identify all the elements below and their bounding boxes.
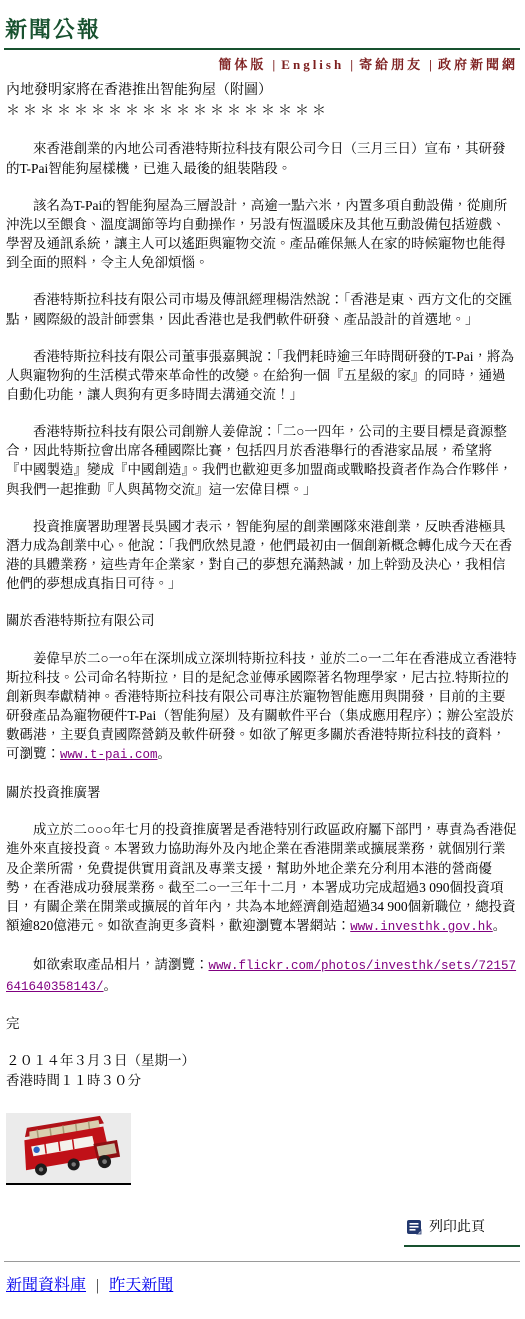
top-nav: 簡体版|English|寄給朋友|政府新聞網 <box>4 56 518 74</box>
print-row: 列印此頁 <box>4 1218 520 1247</box>
paragraph-quote-founder: 香港特斯拉科技有限公司創辦人姜偉說：「二○一四年，公司的主要目標是資源整合，因此… <box>6 422 518 499</box>
paragraph-quote-investhk: 投資推廣署助理署長吳國才表示，智能狗屋的創業團隊來港創業，反映香港極具潛力成為創… <box>6 517 518 594</box>
nav-separator: | <box>429 57 432 72</box>
photos-text: 如欲索取產品相片，請瀏覽： <box>33 957 209 972</box>
photos-text-after: 。 <box>104 978 118 993</box>
about-investhk-text: 成立於二○○○年七月的投資推廣署是香港特別行政區政府屬下部門，專責為香港促進外來… <box>6 822 516 933</box>
attachment-photo-link[interactable] <box>6 1113 131 1185</box>
nav-separator: | <box>272 57 275 72</box>
footer-link-press-archive[interactable]: 新聞資料庫 <box>6 1277 86 1294</box>
section-heading-about-tesla: 關於香港特斯拉有限公司 <box>6 611 518 630</box>
footer-divider <box>4 1261 520 1263</box>
release-date: ２０１４年３月３日（星期一） <box>6 1051 518 1071</box>
paragraph-quote-marketing-manager: 香港特斯拉科技有限公司市場及傳訊經理楊浩然說：「香港是東、西方文化的交匯點，國際… <box>6 290 518 328</box>
release-headline: 內地發明家將在香港推出智能狗屋（附圖） <box>6 81 520 101</box>
nav-link-simplified-chinese[interactable]: 簡体版 <box>218 57 266 72</box>
paragraph-product-photos: 如欲索取產品相片，請瀏覽：www.flickr.com/photos/inves… <box>6 955 518 997</box>
nav-separator: | <box>350 57 353 72</box>
footer-nav: 新聞資料庫|昨天新聞 <box>6 1275 518 1298</box>
smart-dog-house-bus-thumbnail <box>6 1113 131 1183</box>
about-investhk-text-after: 。 <box>493 918 507 933</box>
nav-link-send-to-friend[interactable]: 寄給朋友 <box>359 57 423 72</box>
about-tesla-text-after: 。 <box>158 746 172 761</box>
paragraph-announcement: 來香港創業的內地公司香港特斯拉科技有限公司今日（三月三日）宣布，其研發的T-Pa… <box>6 139 518 177</box>
paragraph-quote-director: 香港特斯拉科技有限公司董事張嘉興說：「我們耗時逾三年時間研發的T-Pai，將為人… <box>6 347 518 404</box>
print-document-icon <box>406 1219 423 1236</box>
nav-link-gov-news[interactable]: 政府新聞網 <box>438 57 518 72</box>
paragraph-about-investhk: 成立於二○○○年七月的投資推廣署是香港特別行政區政府屬下部門，專責為香港促進外來… <box>6 820 518 937</box>
footer-separator: | <box>96 1277 99 1294</box>
page-title: 新聞公報 <box>5 14 520 45</box>
print-page-label: 列印此頁 <box>429 1218 485 1238</box>
press-release-page: 新聞公報 簡体版|English|寄給朋友|政府新聞網 內地發明家將在香港推出智… <box>0 0 525 1319</box>
nav-link-english[interactable]: English <box>281 57 344 72</box>
release-datetime: ２０１４年３月３日（星期一） 香港時間１１時３０分 <box>6 1051 518 1090</box>
section-heading-about-investhk: 關於投資推廣署 <box>6 783 518 802</box>
paragraph-about-tesla: 姜偉早於二○一○年在深圳成立深圳特斯拉科技，並於二○一二年在香港成立香港特斯拉科… <box>6 649 518 766</box>
footer-link-yesterday-news[interactable]: 昨天新聞 <box>109 1277 173 1294</box>
about-tesla-text: 姜偉早於二○一○年在深圳成立深圳特斯拉科技，並於二○一二年在香港成立香港特斯拉科… <box>6 651 516 762</box>
investhk-website-link[interactable]: www.investhk.gov.hk <box>350 920 493 934</box>
end-mark: 完 <box>6 1014 518 1033</box>
tpai-website-link[interactable]: www.t-pai.com <box>60 748 158 762</box>
masthead-divider <box>4 48 520 50</box>
paragraph-product-description: 該名為T-Pai的智能狗屋為三層設計，高逾一點六米，內置多項自動設備，從廁所沖洗… <box>6 196 518 273</box>
release-time: 香港時間１１時３０分 <box>6 1071 518 1091</box>
headline-star-rule: ＊＊＊＊＊＊＊＊＊＊＊＊＊＊＊＊＊＊＊ <box>6 102 520 122</box>
print-page-button[interactable]: 列印此頁 <box>404 1218 520 1247</box>
